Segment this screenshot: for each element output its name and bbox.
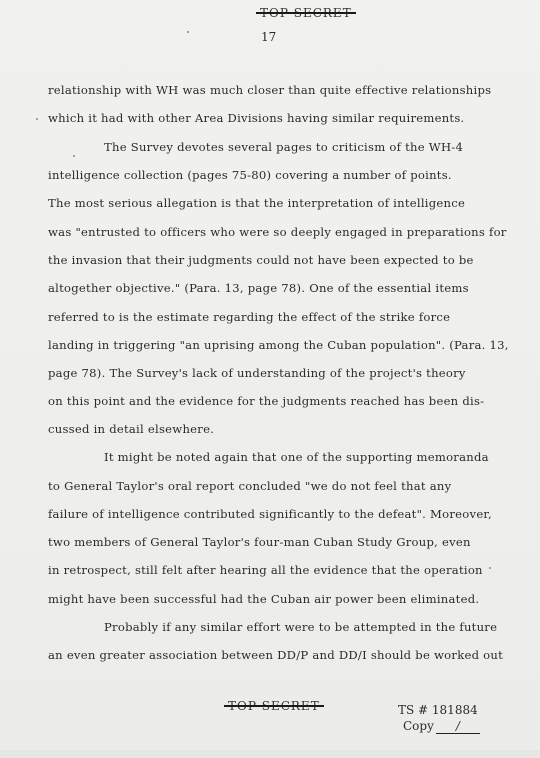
- paragraph-start-line: It might be noted again that one of the …: [104, 450, 489, 464]
- paragraph-start-line: The Survey devotes several pages to crit…: [104, 140, 463, 154]
- strikethrough-line: [256, 12, 356, 14]
- copy-label: Copy: [403, 719, 434, 733]
- header-classification-marking: TOP SECRET: [260, 6, 352, 20]
- body-line: might have been successful had the Cuban…: [48, 592, 479, 606]
- body-line: two members of General Taylor's four-man…: [48, 535, 471, 549]
- body-line: failure of intelligence contributed sign…: [48, 507, 492, 521]
- scan-speck: [187, 31, 189, 33]
- body-line: was "entrusted to officers who were so d…: [48, 225, 507, 239]
- body-line: in retrospect, still felt after hearing …: [48, 563, 483, 577]
- body-line: intelligence collection (pages 75-80) co…: [48, 168, 452, 182]
- scan-edge-strip: [0, 750, 540, 758]
- footer-classification-marking: TOP SECRET: [228, 699, 320, 713]
- body-line: on this point and the evidence for the j…: [48, 394, 484, 408]
- ts-control-number: TS # 181884: [398, 703, 478, 717]
- copy-number: Copy/: [403, 719, 480, 734]
- body-line: an even greater association between DD/P…: [48, 648, 503, 662]
- body-line: landing in triggering "an uprising among…: [48, 338, 509, 352]
- scan-speck: [489, 567, 491, 569]
- strikethrough-line: [224, 705, 324, 707]
- scan-speck: [73, 155, 75, 157]
- paragraph-start-line: Probably if any similar effort were to b…: [104, 620, 497, 634]
- body-line: The most serious allegation is that the …: [48, 196, 465, 210]
- body-line: to General Taylor's oral report conclude…: [48, 479, 451, 493]
- body-line: altogether objective." (Para. 13, page 7…: [48, 281, 469, 295]
- body-line: cussed in detail elsewhere.: [48, 422, 214, 436]
- body-line: which it had with other Area Divisions h…: [48, 111, 464, 125]
- body-line: the invasion that their judgments could …: [48, 253, 474, 267]
- body-line: referred to is the estimate regarding th…: [48, 310, 450, 324]
- document-page: TOP SECRET 17 relationship with WH was m…: [0, 0, 540, 758]
- scan-speck: [36, 118, 38, 120]
- body-line: page 78). The Survey's lack of understan…: [48, 366, 466, 380]
- page-number: 17: [261, 30, 276, 44]
- copy-value: /: [436, 719, 480, 734]
- body-line: relationship with WH was much closer tha…: [48, 83, 491, 97]
